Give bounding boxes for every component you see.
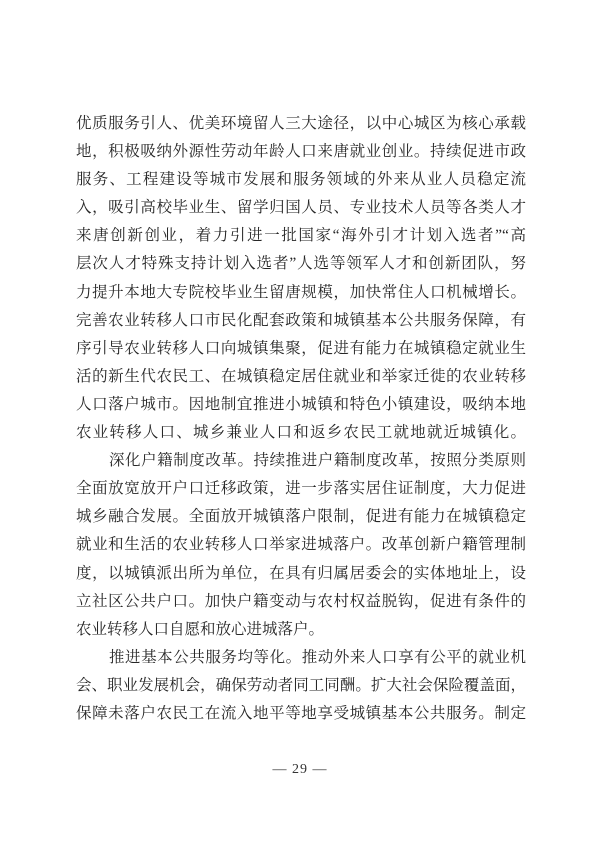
body-text-line: 人口落户城市。因地制宜推进小城镇和特色小镇建设，吸纳本地 bbox=[76, 391, 526, 419]
body-text-line: 就业和生活的农业转移人口举家进城落户。改革创新户籍管理制 bbox=[76, 531, 526, 559]
page-number: — 29 — bbox=[0, 760, 600, 780]
body-text-line: 完善农业转移人口市民化配套政策和城镇基本公共服务保障，有 bbox=[76, 307, 526, 335]
body-text-line: 力提升本地大专院校毕业生留唐规模，加快常住人口机械增长。 bbox=[76, 279, 526, 307]
body-text-line: 地，积极吸纳外源性劳动年龄人口来唐就业创业。持续促进市政 bbox=[76, 138, 526, 166]
body-text-line: 服务、工程建设等城市发展和服务领域的外来从业人员稳定流 bbox=[76, 166, 526, 194]
body-text-line: 城乡融合发展。全面放开城镇落户限制，促进有能力在城镇稳定 bbox=[76, 503, 526, 531]
body-text: 优质服务引人、优美环境留人三大途径，以中心城区为核心承载地，积极吸纳外源性劳动年… bbox=[76, 110, 526, 728]
body-text-line: 保障未落户农民工在流入地平等地享受城镇基本公共服务。制定 bbox=[76, 700, 526, 728]
body-text-line: 优质服务引人、优美环境留人三大途径，以中心城区为核心承载 bbox=[76, 110, 526, 138]
body-text-line: 会、职业发展机会，确保劳动者同工同酬。扩大社会保险覆盖面， bbox=[76, 672, 526, 700]
body-text-line: 立社区公共户口。加快户籍变动与农村权益脱钩，促进有条件的 bbox=[76, 588, 526, 616]
body-text-line: 来唐创新创业，着力引进一批国家“海外引才计划入选者”“高 bbox=[76, 222, 526, 250]
document-page: 优质服务引人、优美环境留人三大途径，以中心城区为核心承载地，积极吸纳外源性劳动年… bbox=[0, 0, 600, 848]
body-text-line: 度，以城镇派出所为单位，在具有归属居委会的实体地址上，设 bbox=[76, 560, 526, 588]
body-text-line: 序引导农业转移人口向城镇集聚，促进有能力在城镇稳定就业生 bbox=[76, 335, 526, 363]
body-text-line: 全面放宽放开户口迁移政策，进一步落实居住证制度，大力促进 bbox=[76, 475, 526, 503]
body-text-line: 农业转移人口自愿和放心进城落户。 bbox=[76, 616, 526, 644]
body-text-line: 活的新生代农民工、在城镇稳定居住就业和举家迁徙的农业转移 bbox=[76, 363, 526, 391]
body-text-line: 农业转移人口、城乡兼业人口和返乡农民工就地就近城镇化。 bbox=[76, 419, 526, 447]
body-text-line: 深化户籍制度改革。持续推进户籍制度改革，按照分类原则 bbox=[76, 447, 526, 475]
body-text-line: 推进基本公共服务均等化。推动外来人口享有公平的就业机 bbox=[76, 644, 526, 672]
body-text-line: 层次人才特殊支持计划入选者”人选等领军人才和创新团队，努 bbox=[76, 250, 526, 278]
body-text-line: 入，吸引高校毕业生、留学归国人员、专业技术人员等各类人才 bbox=[76, 194, 526, 222]
